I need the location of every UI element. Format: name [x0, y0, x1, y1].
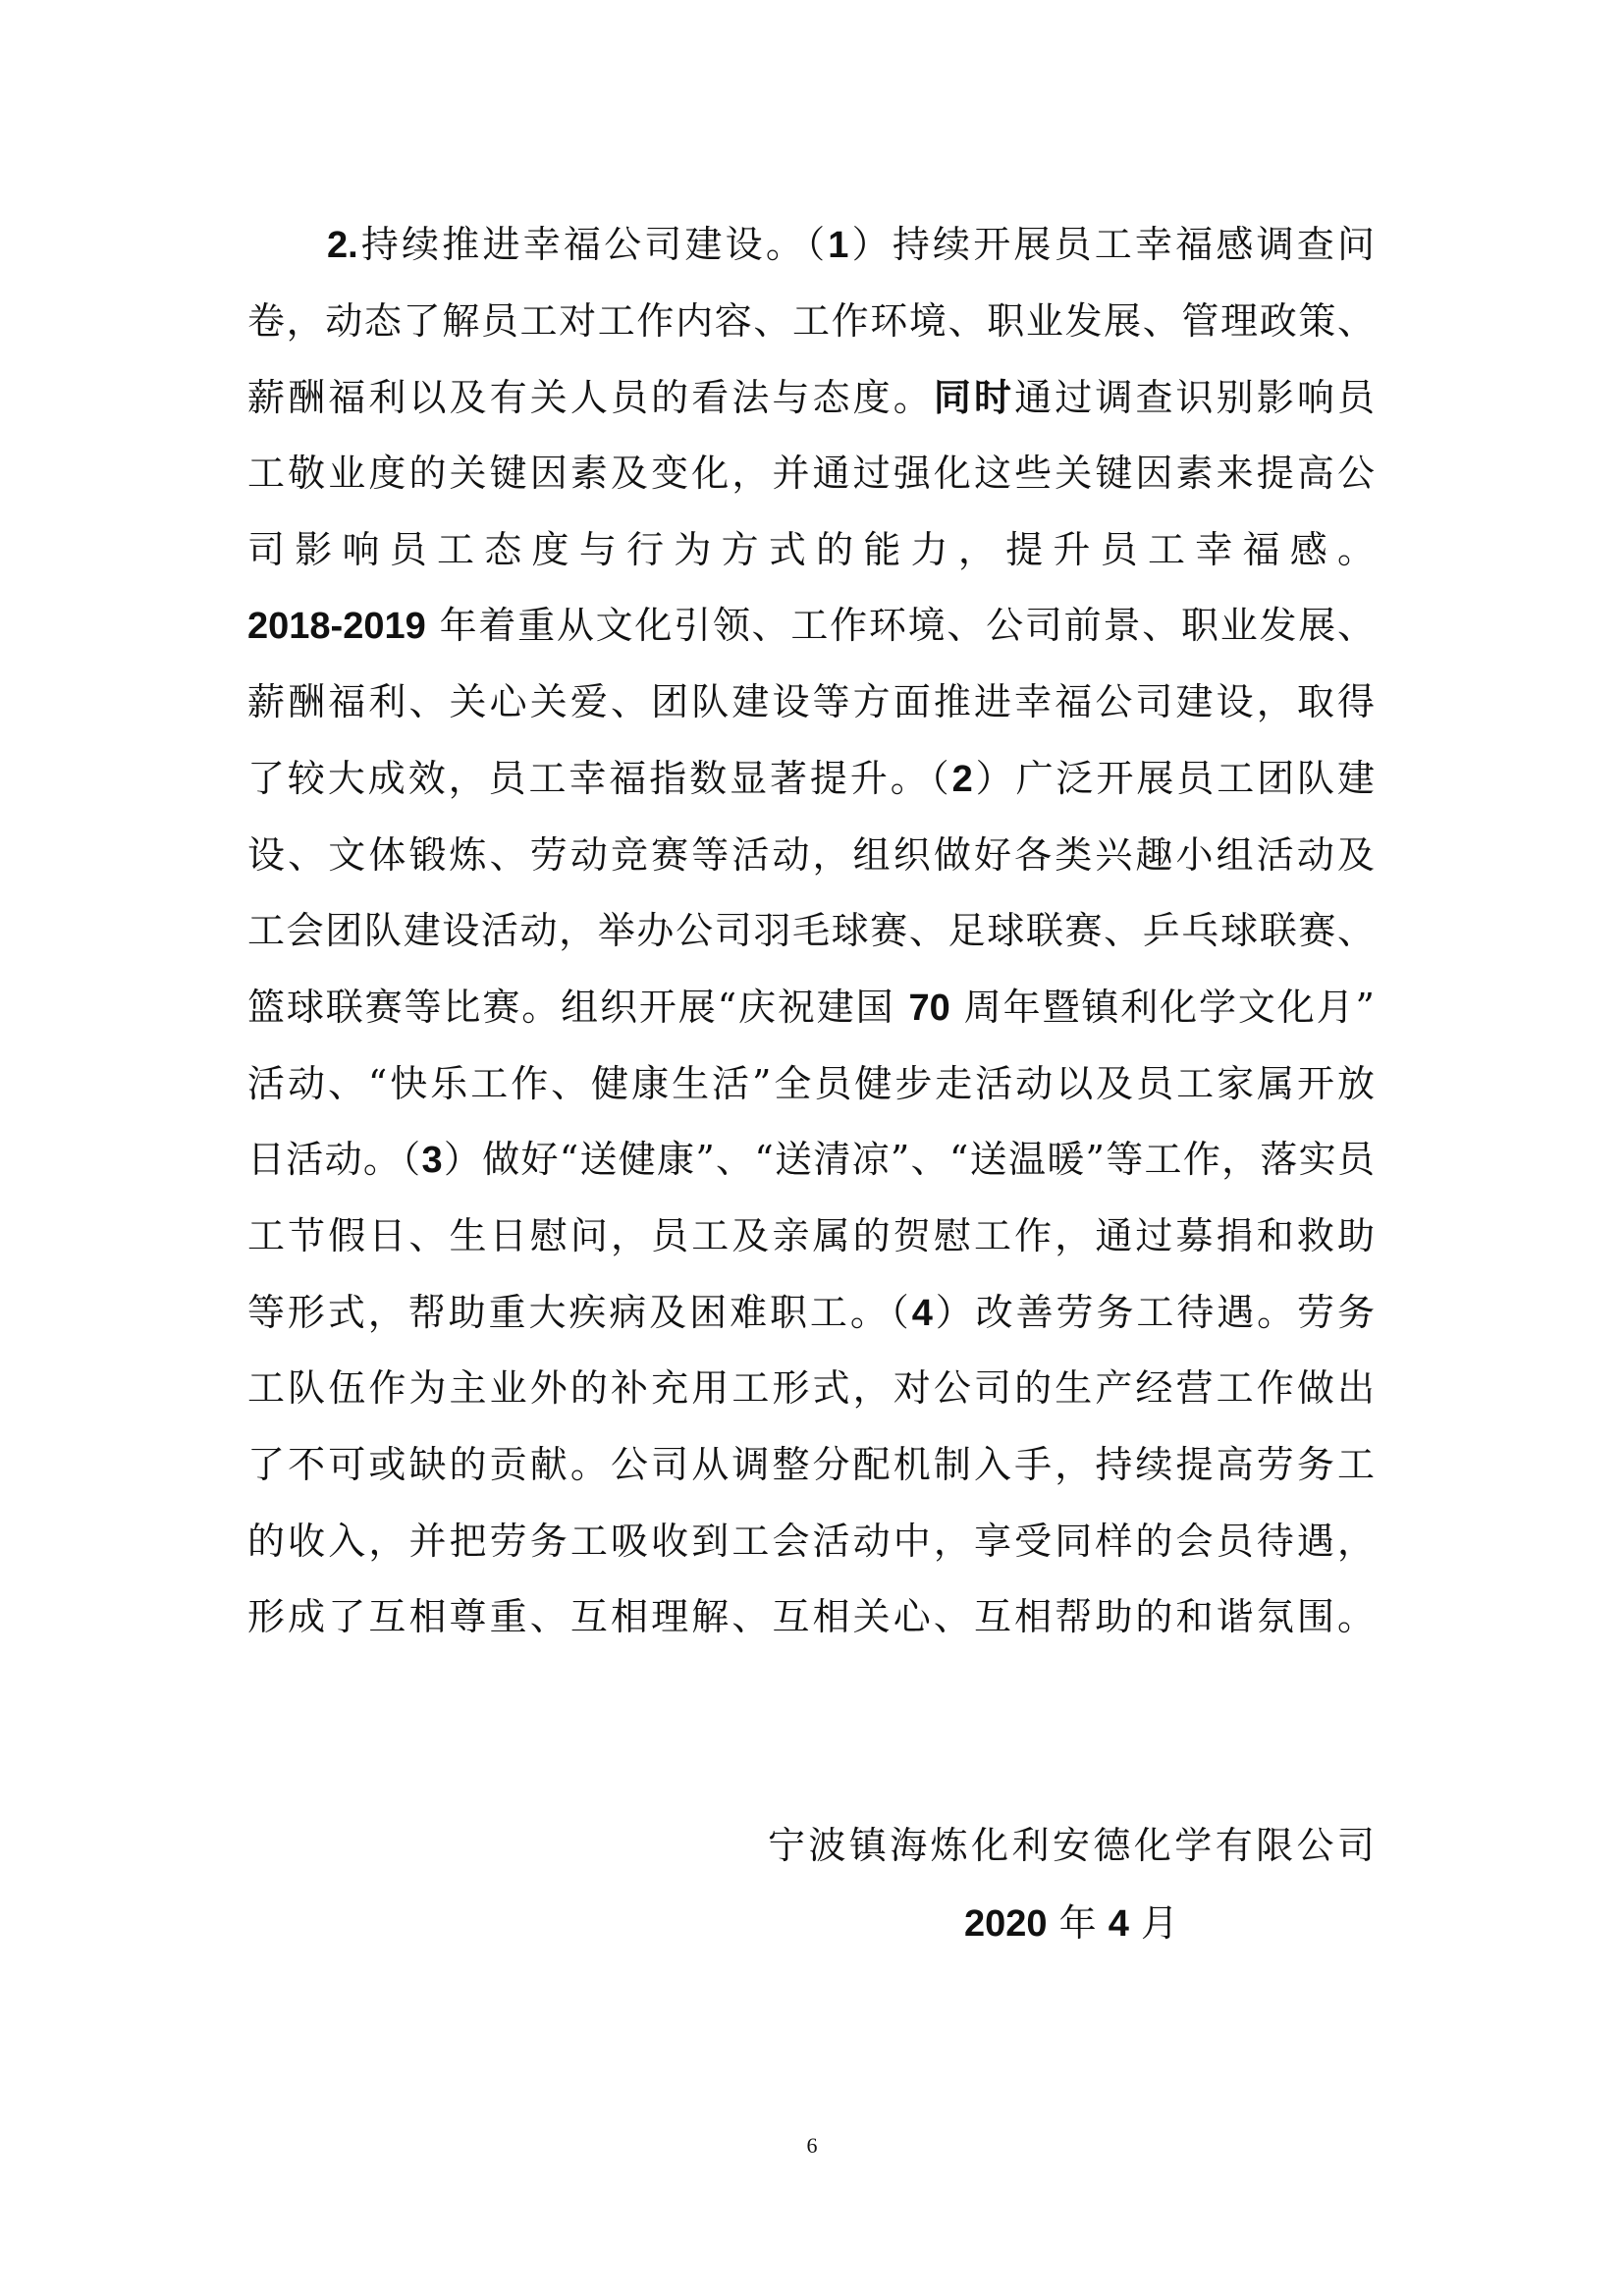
line-text: 等形式，帮助重大疾病及困难职工。（	[247, 1291, 912, 1334]
paragraph-line: 2.持续推进幸福公司建设。（1）持续开展员工幸福感调查问	[247, 207, 1375, 284]
body-paragraph: 2.持续推进幸福公司建设。（1）持续开展员工幸福感调查问 卷，动态了解员工对工作…	[247, 207, 1375, 1656]
paragraph-line: 工队伍作为主业外的补充用工形式，对公司的生产经营工作做出	[247, 1351, 1375, 1427]
line-text: 工队伍作为主业外的补充用工形式，对公司的生产经营工作做出	[247, 1366, 1375, 1410]
line-text: 薪酬福利以及有关人员的看法与态度。	[247, 376, 934, 419]
paragraph-line: 活动、“快乐工作、健康生活”全员健步走活动以及员工家属开放	[247, 1046, 1375, 1123]
paragraph-line: 日活动。（3）做好“送健康”、“送清凉”、“送温暖”等工作，落实员	[247, 1122, 1375, 1199]
bold-emphasis: 同时	[934, 375, 1014, 419]
paragraph-line: 卷，动态了解员工对工作内容、工作环境、职业发展、管理政策、	[247, 284, 1375, 360]
item-number: 1	[828, 225, 848, 266]
line-text: 活动、“快乐工作、健康生活”全员健步走活动以及员工家属开放	[247, 1062, 1375, 1105]
line-text: 司影响员工态度与行为方式的能力，提升员工幸福感。	[247, 528, 1375, 571]
section-number: 2.	[327, 225, 358, 266]
paragraph-line: 工节假日、生日慰问，员工及亲属的贺慰工作，通过募捐和救助	[247, 1199, 1375, 1275]
line-text: 形成了互相尊重、互相理解、互相关心、互相帮助的和谐氛围。	[247, 1595, 1375, 1638]
paragraph-line: 篮球联赛等比赛。组织开展“庆祝建国 70 周年暨镇利化学文化月”	[247, 970, 1375, 1046]
line-text: 通过调查识别影响员	[1014, 376, 1375, 419]
line-text: ）广泛开展员工团队建	[973, 757, 1375, 800]
line-text: 工节假日、生日慰问，员工及亲属的贺慰工作，通过募捐和救助	[247, 1214, 1375, 1257]
company-signature: 宁波镇海炼化利安德化学有限公司	[768, 1808, 1375, 1885]
page-number: 6	[797, 2132, 827, 2160]
signature-date: 2020 年 4 月	[964, 1886, 1180, 1962]
paragraph-line: 薪酬福利、关心关爱、团队建设等方面推进幸福公司建设，取得	[247, 665, 1375, 741]
line-text: 薪酬福利、关心关爱、团队建设等方面推进幸福公司建设，取得	[247, 680, 1375, 723]
line-text: 了较大成效，员工幸福指数显著提升。（	[247, 757, 952, 800]
item-number: 3	[421, 1140, 442, 1181]
paragraph-line: 2018-2019 年着重从文化引领、工作环境、公司前景、职业发展、	[247, 588, 1375, 665]
paragraph-line: 工敬业度的关键因素及变化，并通过强化这些关键因素来提高公	[247, 436, 1375, 512]
line-text: 卷，动态了解员工对工作内容、工作环境、职业发展、管理政策、	[247, 299, 1375, 343]
paragraph-line: 形成了互相尊重、互相理解、互相关心、互相帮助的和谐氛围。	[247, 1579, 1375, 1656]
paragraph-line: 司影响员工态度与行为方式的能力，提升员工幸福感。	[247, 512, 1375, 589]
date-month-suffix: 月	[1129, 1901, 1178, 1945]
line-text: ）持续开展员工幸福感调查问	[848, 223, 1375, 266]
paragraph-line: 等形式，帮助重大疾病及困难职工。（4）改善劳务工待遇。劳务	[247, 1275, 1375, 1352]
paragraph-line: 的收入，并把劳务工吸收到工会活动中，享受同样的会员待遇，	[247, 1504, 1375, 1580]
line-text: ）改善劳务工待遇。劳务	[933, 1291, 1375, 1334]
date-year-suffix: 年	[1048, 1901, 1109, 1945]
anniversary-number: 70	[908, 988, 949, 1029]
item-number: 4	[912, 1293, 933, 1334]
item-number: 2	[952, 759, 973, 800]
line-text: 工会团队建设活动，举办公司羽毛球赛、足球联赛、乒乓球联赛、	[247, 909, 1375, 952]
date-month: 4	[1109, 1903, 1129, 1945]
line-text: 的收入，并把劳务工吸收到工会活动中，享受同样的会员待遇，	[247, 1520, 1375, 1563]
line-text: 工敬业度的关键因素及变化，并通过强化这些关键因素来提高公	[247, 452, 1375, 495]
line-text: 设、文体锻炼、劳动竞赛等活动，组织做好各类兴趣小组活动及	[247, 833, 1375, 877]
line-text: ）做好“送健康”、“送清凉”、“送温暖”等工作，落实员	[443, 1138, 1375, 1181]
line-text: 了不可或缺的贡献。公司从调整分配机制入手，持续提高劳务工	[247, 1443, 1375, 1486]
document-page: 2.持续推进幸福公司建设。（1）持续开展员工幸福感调查问 卷，动态了解员工对工作…	[0, 0, 1624, 2296]
line-text: 周年暨镇利化学文化月”	[950, 986, 1375, 1029]
paragraph-line: 设、文体锻炼、劳动竞赛等活动，组织做好各类兴趣小组活动及	[247, 818, 1375, 894]
paragraph-line: 了较大成效，员工幸福指数显著提升。（2）广泛开展员工团队建	[247, 741, 1375, 818]
paragraph-line: 工会团队建设活动，举办公司羽毛球赛、足球联赛、乒乓球联赛、	[247, 893, 1375, 970]
line-text: 持续推进幸福公司建设。（	[358, 223, 829, 266]
line-text: 日活动。（	[247, 1138, 421, 1181]
date-year: 2020	[964, 1903, 1048, 1945]
paragraph-line: 薪酬福利以及有关人员的看法与态度。同时通过调查识别影响员	[247, 359, 1375, 436]
paragraph-line: 了不可或缺的贡献。公司从调整分配机制入手，持续提高劳务工	[247, 1427, 1375, 1504]
line-text: 篮球联赛等比赛。组织开展“庆祝建国	[247, 986, 908, 1029]
year-range: 2018-2019	[247, 606, 426, 647]
line-text: 年着重从文化引领、工作环境、公司前景、职业发展、	[426, 604, 1375, 647]
